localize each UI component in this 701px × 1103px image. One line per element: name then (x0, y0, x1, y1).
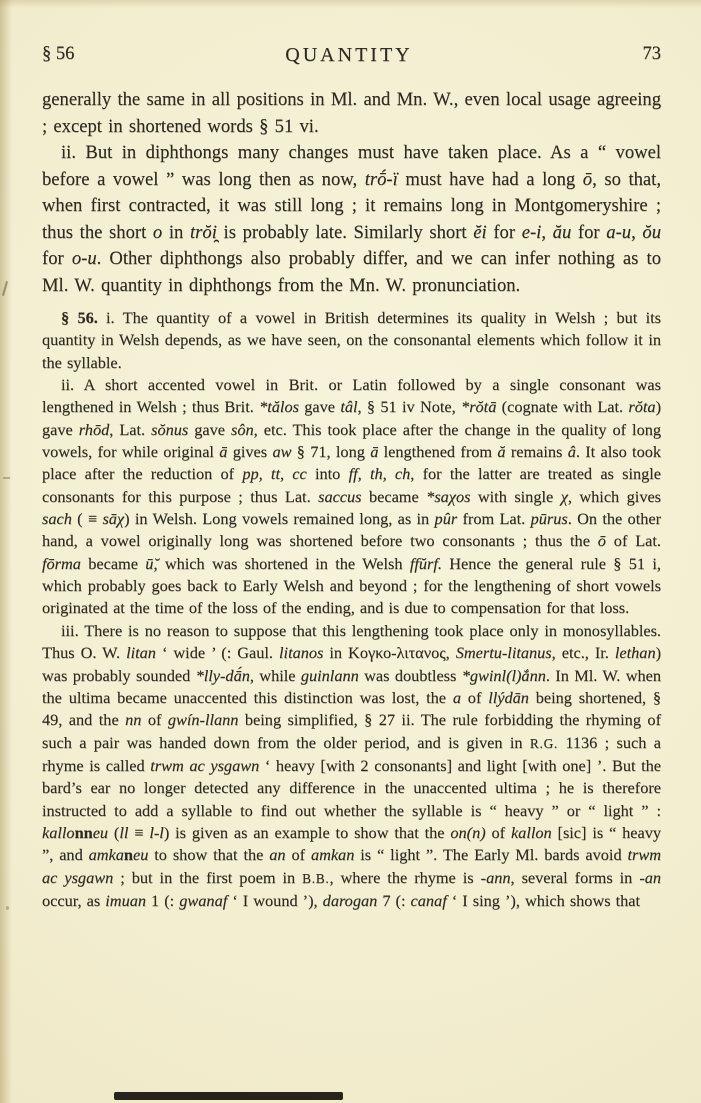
page-number: 73 (643, 44, 662, 65)
paragraph-56-i: § 56. i. The quantity of a vowel in Brit… (42, 307, 661, 374)
continuation-section: generally the same in all positions in M… (42, 87, 661, 299)
scan-artifact-dash (3, 477, 10, 479)
text-block: § 56 QUANTITY 73 generally the same in a… (42, 44, 661, 912)
paragraph-56-ii: ii. A short accented vowel in Brit. or L… (42, 374, 661, 620)
running-title: QUANTITY (285, 44, 412, 67)
scan-edge-shadow-left (0, 0, 12, 1103)
scanned-book-page: § 56 QUANTITY 73 generally the same in a… (0, 0, 701, 1103)
section-56: § 56. i. The quantity of a vowel in Brit… (42, 307, 661, 912)
scan-edge-shadow-top (0, 0, 701, 8)
paragraph-56-iii: iii. There is no reason to suppose that … (42, 620, 661, 912)
page-header: § 56 QUANTITY 73 (42, 44, 661, 70)
scan-artifact-dot (6, 906, 9, 910)
paragraph-diphthongs: ii. But in diphthongs many changes must … (42, 140, 661, 299)
scan-artifact-slash (2, 281, 8, 296)
paragraph-continuation: generally the same in all positions in M… (42, 87, 661, 140)
scan-artifact-bottom-bar (114, 1092, 343, 1100)
section-number: § 56 (42, 44, 74, 65)
